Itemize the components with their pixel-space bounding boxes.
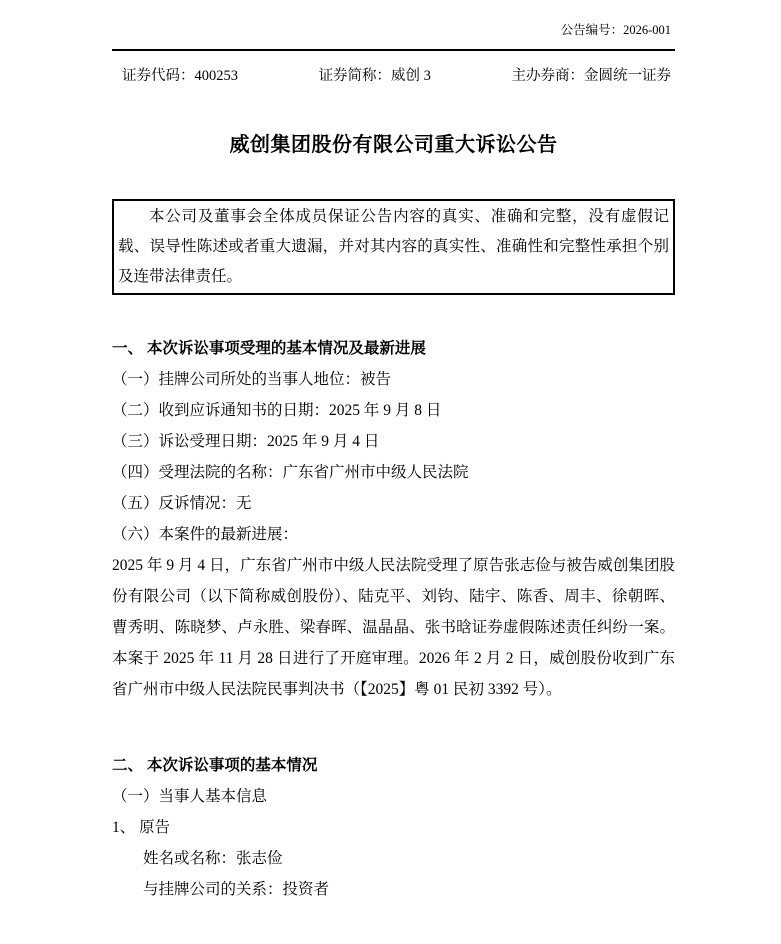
litigation-info-item-party-position: （一）挂牌公司所处的当事人地位：被告	[112, 364, 675, 395]
litigation-info-item-court-name: （四）受理法院的名称：广东省广州市中级人民法院	[112, 457, 675, 488]
plaintiff-relation: 与挂牌公司的关系：投资者	[143, 874, 675, 905]
litigation-info-item-counterclaim: （五）反诉情况：无	[112, 488, 675, 519]
disclaimer-box: 本公司及董事会全体成员保证公告内容的真实、准确和完整，没有虚假记载、误导性陈述或…	[112, 199, 675, 295]
document-title: 威创集团股份有限公司重大诉讼公告	[112, 131, 675, 159]
litigation-info-item-acceptance-date: （三）诉讼受理日期：2025 年 9 月 4 日	[112, 426, 675, 457]
latest-progress-paragraph: 2025 年 9 月 4 日，广东省广州市中级人民法院受理了原告张志俭与被告威创…	[112, 550, 675, 705]
announcement-number: 公告编号：2026-001	[112, 22, 675, 39]
section-2-heading: 二、 本次诉讼事项的基本情况	[112, 750, 675, 781]
plaintiff-item-label: 1、 原告	[112, 812, 675, 843]
sponsor-broker: 主办券商：金圆统一证券	[512, 65, 672, 87]
announcement-document: 公告编号：2026-001 证券代码：400253 证券简称：威创 3 主办券商…	[0, 0, 781, 944]
party-info-subheading: （一）当事人基本信息	[112, 781, 675, 812]
litigation-info-item-notice-date: （二）收到应诉通知书的日期：2025 年 9 月 8 日	[112, 395, 675, 426]
header-divider	[112, 49, 675, 51]
section-1-heading: 一、 本次诉讼事项受理的基本情况及最新进展	[112, 333, 675, 364]
security-code: 证券代码：400253	[122, 65, 238, 87]
securities-header: 证券代码：400253 证券简称：威创 3 主办券商：金圆统一证券	[112, 65, 675, 87]
litigation-info-item-latest-progress-label: （六）本案件的最新进展：	[112, 519, 675, 550]
plaintiff-name: 姓名或名称：张志俭	[143, 843, 675, 874]
security-abbr: 证券简称：威创 3	[319, 65, 431, 87]
section-spacer	[112, 705, 675, 750]
